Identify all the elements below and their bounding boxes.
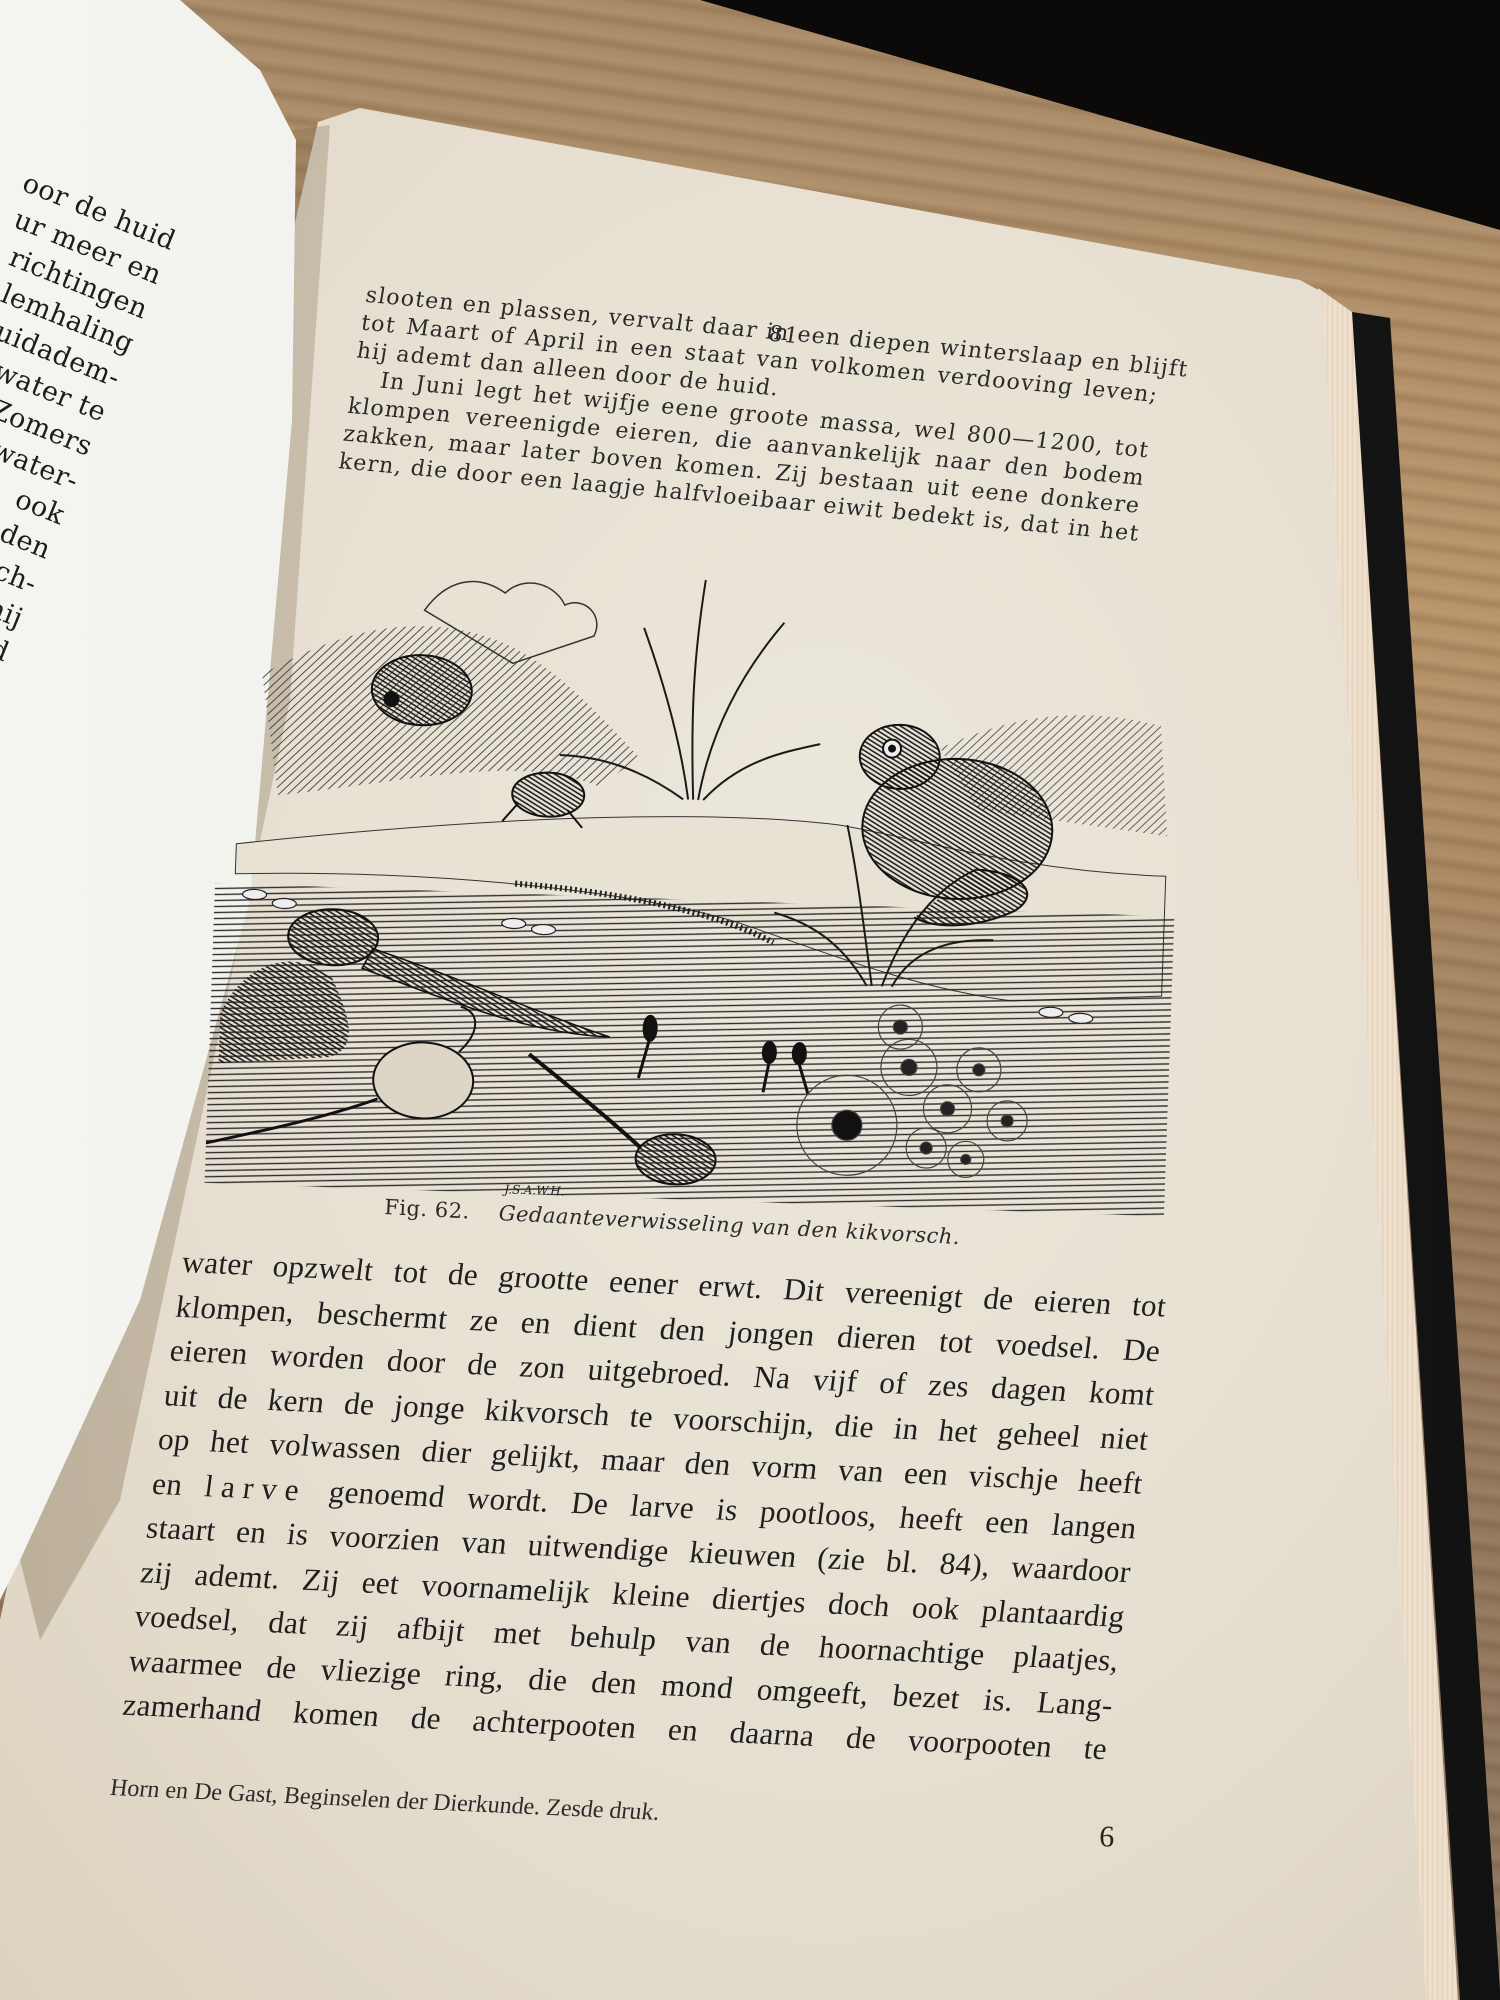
- engraver-signature: J.S.A.W.H.: [501, 1182, 565, 1198]
- text-word: en: [150, 1465, 184, 1501]
- frog-metamorphosis-illustration: J.S.A.W.H.: [204, 543, 1196, 1236]
- body-text-block: water opzwelt tot de grootte eener erwt.…: [120, 1240, 1169, 1772]
- figure-label: Fig. 62.: [384, 1195, 471, 1223]
- signature-mark: 6: [1098, 1820, 1115, 1855]
- page-number: 81: [767, 321, 802, 351]
- emphasized-term: larve: [203, 1468, 310, 1507]
